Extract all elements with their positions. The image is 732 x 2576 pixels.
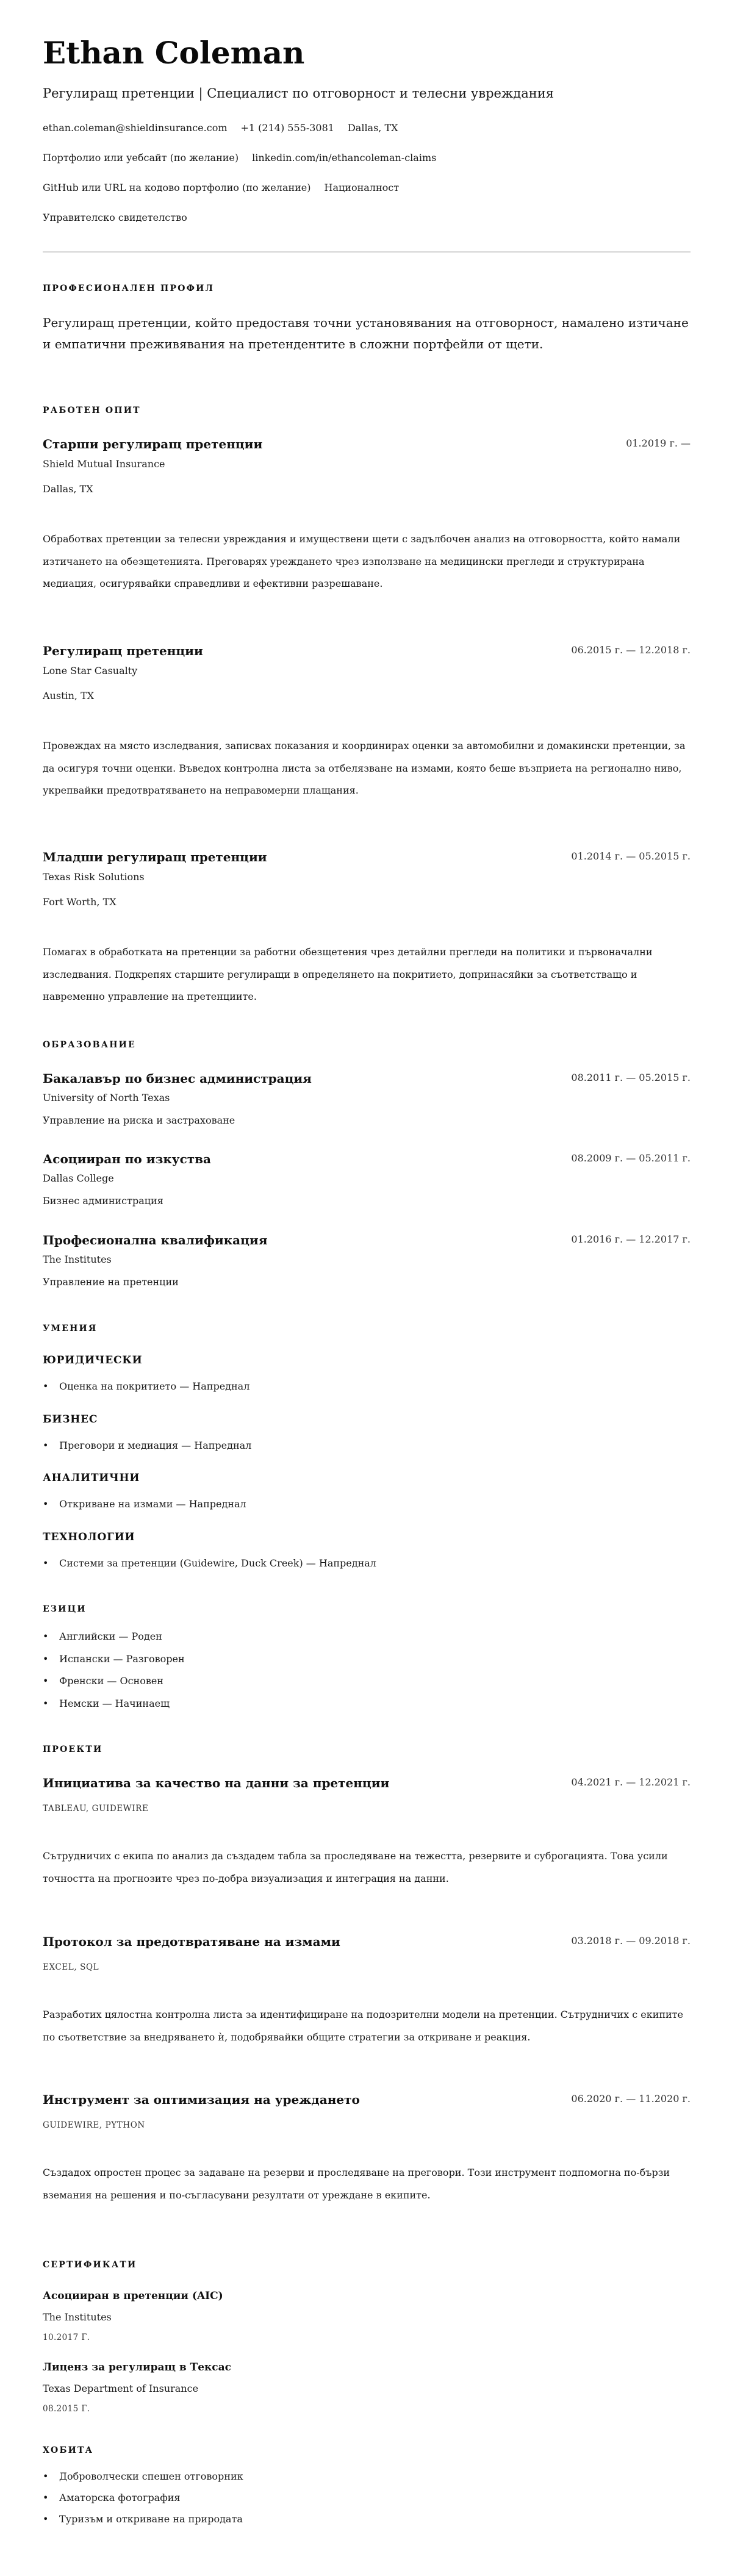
portfolio-link[interactable]: Портфолио или уебсайт (по желание) bbox=[43, 152, 239, 163]
skill-category: ЮРИДИЧЕСКИ Оценка на покритието — Напред… bbox=[43, 1354, 691, 1393]
project-item: Инструмент за оптимизация на уреждането … bbox=[43, 2092, 691, 2206]
profile-summary: Регулиращ претенции, който предоставя то… bbox=[43, 312, 691, 354]
field-of-study: Бизнес администрация bbox=[43, 1195, 691, 1207]
section-title: ХОБИТА bbox=[43, 2445, 691, 2456]
contact-row-4: Управителско свидетелство bbox=[43, 212, 187, 224]
project-tech: TABLEAU, GUIDEWIRE bbox=[43, 1803, 691, 1814]
skill-item: Системи за претенции (Guidewire, Duck Cr… bbox=[43, 1557, 691, 1570]
skill-category: ТЕХНОЛОГИИ Системи за претенции (Guidewi… bbox=[43, 1531, 691, 1570]
job-location: Dallas, TX bbox=[43, 483, 691, 495]
project-description: Разработих цялостна контролна листа за и… bbox=[43, 2004, 691, 2048]
linkedin-link[interactable]: linkedin.com/in/ethancoleman-claims bbox=[252, 152, 436, 163]
skill-category-name: БИЗНЕС bbox=[43, 1413, 691, 1426]
job-description: Обработвах претенции за телесни увреждан… bbox=[43, 528, 691, 595]
certification-name: Лиценз за регулиращ в Тексас bbox=[43, 2360, 691, 2375]
skill-item: Откриване на измами — Напреднал bbox=[43, 1498, 691, 1510]
job-location: Austin, TX bbox=[43, 690, 691, 702]
project-tech: EXCEL, SQL bbox=[43, 1962, 691, 1973]
skill-category: БИЗНЕС Преговори и медиация — Напреднал bbox=[43, 1413, 691, 1452]
job-description: Помагах в обработката на претенции за ра… bbox=[43, 941, 691, 1008]
education-item: Бакалавър по бизнес администрация 08.201… bbox=[43, 1071, 691, 1127]
section-certifications: СЕРТИФИКАТИ bbox=[43, 2259, 691, 2270]
experience-item: Младши регулиращ претенции 01.2014 г. — … bbox=[43, 850, 691, 1008]
contact-row-3: GitHub или URL на кодово портфолио (по ж… bbox=[43, 182, 399, 194]
skill-item: Преговори и медиация — Напреднал bbox=[43, 1440, 691, 1452]
job-dates: 01.2014 г. — 05.2015 г. bbox=[571, 850, 691, 863]
skill-category-name: АНАЛИТИЧНИ bbox=[43, 1472, 691, 1484]
driving-license: Управителско свидетелство bbox=[43, 212, 187, 223]
job-dates: 01.2019 г. — bbox=[626, 437, 691, 450]
certification-item: Лиценз за регулиращ в Тексас Texas Depar… bbox=[43, 2360, 691, 2414]
section-title: РАБОТЕН ОПИТ bbox=[43, 405, 691, 416]
project-description: Сътрудничих с екипа по анализ да създаде… bbox=[43, 1845, 691, 1890]
education-item: Асоцииран по изкуства 08.2009 г. — 05.20… bbox=[43, 1152, 691, 1207]
contact-row-2: Портфолио или уебсайт (по желание)linked… bbox=[43, 152, 436, 164]
school: Dallas College bbox=[43, 1172, 691, 1185]
certification-name: Асоцииран в претенции (AIC) bbox=[43, 2289, 691, 2303]
section-profile: ПРОФЕСИОНАЛЕН ПРОФИЛ Регулиращ претенции… bbox=[43, 283, 691, 354]
project-dates: 04.2021 г. — 12.2021 г. bbox=[571, 1776, 691, 1789]
section-title: ПРОФЕСИОНАЛЕН ПРОФИЛ bbox=[43, 283, 691, 294]
company-name: Lone Star Casualty bbox=[43, 665, 691, 677]
section-title: ОБРАЗОВАНИЕ bbox=[43, 1039, 691, 1050]
header-divider bbox=[43, 251, 691, 253]
project-description: Създадох опростен процес за задаване на … bbox=[43, 2162, 691, 2206]
project-dates: 03.2018 г. — 09.2018 г. bbox=[571, 1934, 691, 1948]
language-item: Английски — Роден bbox=[43, 1631, 691, 1643]
nationality: Националност bbox=[325, 182, 400, 193]
section-title: УМЕНИЯ bbox=[43, 1323, 691, 1334]
project-item: Инициатива за качество на данни за прете… bbox=[43, 1776, 691, 1890]
job-location: Fort Worth, TX bbox=[43, 896, 691, 908]
section-experience: РАБОТЕН ОПИТ bbox=[43, 405, 691, 416]
education-dates: 08.2009 г. — 05.2011 г. bbox=[571, 1152, 691, 1165]
company-name: Texas Risk Solutions bbox=[43, 871, 691, 883]
hobby-item: Туризъм и откриване на природата bbox=[43, 2513, 691, 2525]
section-title: СЕРТИФИКАТИ bbox=[43, 2259, 691, 2270]
skill-category: АНАЛИТИЧНИ Откриване на измами — Напредн… bbox=[43, 1472, 691, 1510]
section-languages: ЕЗИЦИ Английски — Роден Испански — Разго… bbox=[43, 1604, 691, 1710]
field-of-study: Управление на претенции bbox=[43, 1276, 691, 1288]
candidate-name: Ethan Coleman bbox=[43, 38, 304, 68]
section-education: ОБРАЗОВАНИЕ bbox=[43, 1039, 691, 1050]
school: University of North Texas bbox=[43, 1092, 691, 1104]
candidate-headline: Регулиращ претенции | Специалист по отго… bbox=[43, 86, 554, 101]
section-hobbies: ХОБИТА Доброволчески спешен отговорник А… bbox=[43, 2445, 691, 2525]
contact-row-1: ethan.coleman@shieldinsurance.com+1 (214… bbox=[43, 122, 398, 134]
section-projects: ПРОЕКТИ bbox=[43, 1744, 691, 1755]
job-description: Провеждах на място изследвания, записвах… bbox=[43, 735, 691, 802]
certification-issuer: Texas Department of Insurance bbox=[43, 2383, 691, 2395]
phone-number[interactable]: +1 (214) 555-3081 bbox=[241, 122, 334, 134]
education-dates: 08.2011 г. — 05.2015 г. bbox=[571, 1071, 691, 1085]
job-dates: 06.2015 г. — 12.2018 г. bbox=[571, 644, 691, 657]
certification-item: Асоцииран в претенции (AIC) The Institut… bbox=[43, 2289, 691, 2343]
hobby-item: Аматорска фотография bbox=[43, 2492, 691, 2504]
school: The Institutes bbox=[43, 1254, 691, 1266]
project-item: Протокол за предотвратяване на измами 03… bbox=[43, 1934, 691, 2048]
email-link[interactable]: ethan.coleman@shieldinsurance.com bbox=[43, 122, 228, 134]
section-skills: УМЕНИЯ bbox=[43, 1323, 691, 1334]
certification-date: 10.2017 Г. bbox=[43, 2332, 691, 2343]
language-item: Френски — Основен bbox=[43, 1675, 691, 1687]
field-of-study: Управление на риска и застраховане bbox=[43, 1114, 691, 1127]
skill-category-name: ЮРИДИЧЕСКИ bbox=[43, 1354, 691, 1366]
certification-issuer: The Institutes bbox=[43, 2311, 691, 2323]
experience-item: Регулиращ претенции 06.2015 г. — 12.2018… bbox=[43, 644, 691, 802]
hobby-item: Доброволчески спешен отговорник bbox=[43, 2470, 691, 2483]
education-item: Професионална квалификация 01.2016 г. — … bbox=[43, 1233, 691, 1288]
project-dates: 06.2020 г. — 11.2020 г. bbox=[571, 2092, 691, 2106]
certification-date: 08.2015 Г. bbox=[43, 2403, 691, 2414]
skill-category-name: ТЕХНОЛОГИИ bbox=[43, 1531, 691, 1543]
section-title: ПРОЕКТИ bbox=[43, 1744, 691, 1755]
github-link[interactable]: GitHub или URL на кодово портфолио (по ж… bbox=[43, 182, 311, 193]
section-title: ЕЗИЦИ bbox=[43, 1604, 691, 1615]
skill-item: Оценка на покритието — Напреднал bbox=[43, 1380, 691, 1393]
company-name: Shield Mutual Insurance bbox=[43, 458, 691, 470]
project-tech: GUIDEWIRE, PYTHON bbox=[43, 2120, 691, 2131]
education-dates: 01.2016 г. — 12.2017 г. bbox=[571, 1233, 691, 1246]
location: Dallas, TX bbox=[348, 122, 398, 134]
language-item: Немски — Начинаещ bbox=[43, 1698, 691, 1710]
experience-item: Старши регулиращ претенции 01.2019 г. — … bbox=[43, 437, 691, 595]
job-title: Старши регулиращ претенции bbox=[43, 437, 691, 451]
language-item: Испански — Разговорен bbox=[43, 1653, 691, 1665]
